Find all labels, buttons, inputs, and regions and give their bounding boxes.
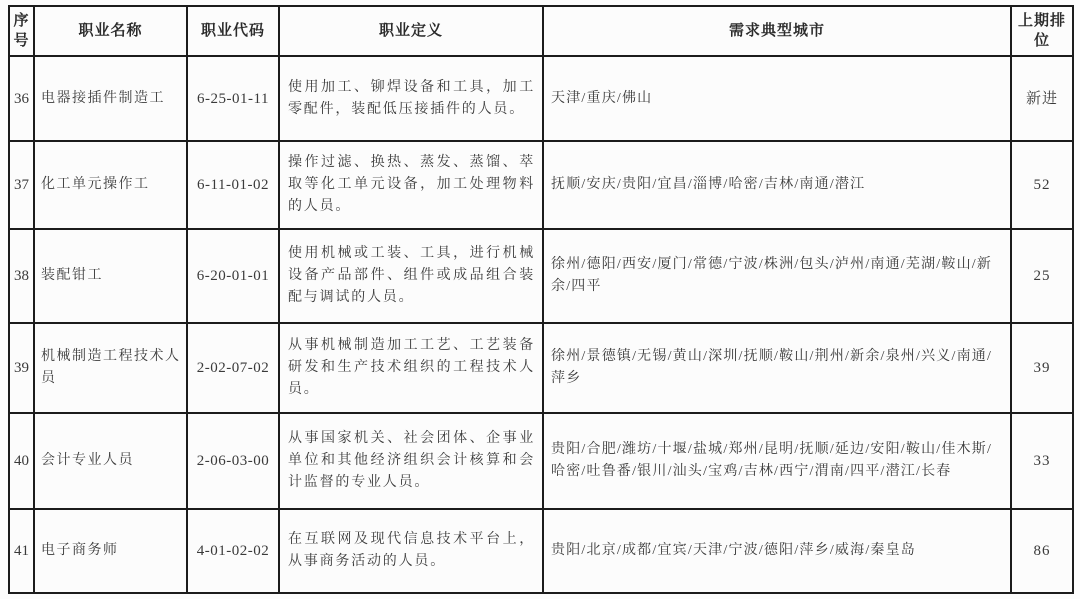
cell-previous-rank: 新进 bbox=[1011, 56, 1073, 141]
cell-occupation-code: 6-25-01-11 bbox=[187, 56, 279, 141]
cell-occupation-definition: 使用加工、铆焊设备和工具，加工零配件，装配低压接插件的人员。 bbox=[279, 56, 543, 141]
occupation-ranking-table: 序号 职业名称 职业代码 职业定义 需求典型城市 上期排位 36 电器接插件制造… bbox=[8, 5, 1074, 594]
table-row: 40 会计专业人员 2-06-03-00 从事国家机关、社会团体、企事业单位和其… bbox=[9, 413, 1073, 509]
cell-demand-cities: 天津/重庆/佛山 bbox=[543, 56, 1011, 141]
cell-occupation-definition: 使用机械或工装、工具，进行机械设备产品部件、组件或成品组合装配与调试的人员。 bbox=[279, 229, 543, 323]
header-row: 序号 职业名称 职业代码 职业定义 需求典型城市 上期排位 bbox=[9, 6, 1073, 56]
cell-demand-cities: 抚顺/安庆/贵阳/宜昌/淄博/哈密/吉林/南通/潜江 bbox=[543, 141, 1011, 229]
col-header-serial-no: 序号 bbox=[9, 6, 34, 56]
cell-occupation-code: 2-06-03-00 bbox=[187, 413, 279, 509]
cell-occupation-name: 装配钳工 bbox=[34, 229, 187, 323]
cell-previous-rank: 39 bbox=[1011, 323, 1073, 413]
cell-occupation-name: 电器接插件制造工 bbox=[34, 56, 187, 141]
col-header-previous-rank: 上期排位 bbox=[1011, 6, 1073, 56]
cell-occupation-code: 6-11-01-02 bbox=[187, 141, 279, 229]
table-row: 36 电器接插件制造工 6-25-01-11 使用加工、铆焊设备和工具，加工零配… bbox=[9, 56, 1073, 141]
cell-previous-rank: 25 bbox=[1011, 229, 1073, 323]
cell-serial-no: 40 bbox=[9, 413, 34, 509]
cell-previous-rank: 86 bbox=[1011, 509, 1073, 593]
cell-occupation-code: 4-01-02-02 bbox=[187, 509, 279, 593]
cell-occupation-name: 电子商务师 bbox=[34, 509, 187, 593]
table-row: 38 装配钳工 6-20-01-01 使用机械或工装、工具，进行机械设备产品部件… bbox=[9, 229, 1073, 323]
cell-demand-cities: 贵阳/北京/成都/宜宾/天津/宁波/德阳/萍乡/威海/秦皇岛 bbox=[543, 509, 1011, 593]
cell-occupation-name: 机械制造工程技术人员 bbox=[34, 323, 187, 413]
col-header-occupation-name: 职业名称 bbox=[34, 6, 187, 56]
cell-occupation-name: 会计专业人员 bbox=[34, 413, 187, 509]
table-row: 41 电子商务师 4-01-02-02 在互联网及现代信息技术平台上，从事商务活… bbox=[9, 509, 1073, 593]
document-page: 序号 职业名称 职业代码 职业定义 需求典型城市 上期排位 36 电器接插件制造… bbox=[0, 0, 1080, 599]
col-header-occupation-definition: 职业定义 bbox=[279, 6, 543, 56]
cell-serial-no: 37 bbox=[9, 141, 34, 229]
cell-occupation-definition: 操作过滤、换热、蒸发、蒸馏、萃取等化工单元设备，加工处理物料的人员。 bbox=[279, 141, 543, 229]
cell-occupation-name: 化工单元操作工 bbox=[34, 141, 187, 229]
table-row: 39 机械制造工程技术人员 2-02-07-02 从事机械制造加工工艺、工艺装备… bbox=[9, 323, 1073, 413]
cell-occupation-definition: 从事国家机关、社会团体、企事业单位和其他经济组织会计核算和会计监督的专业人员。 bbox=[279, 413, 543, 509]
cell-demand-cities: 徐州/景德镇/无锡/黄山/深圳/抚顺/鞍山/荆州/新余/泉州/兴义/南通/萍乡 bbox=[543, 323, 1011, 413]
cell-occupation-code: 6-20-01-01 bbox=[187, 229, 279, 323]
table-row: 37 化工单元操作工 6-11-01-02 操作过滤、换热、蒸发、蒸馏、萃取等化… bbox=[9, 141, 1073, 229]
cell-serial-no: 36 bbox=[9, 56, 34, 141]
cell-demand-cities: 贵阳/合肥/潍坊/十堰/盐城/郑州/昆明/抚顺/延边/安阳/鞍山/佳木斯/哈密/… bbox=[543, 413, 1011, 509]
cell-occupation-definition: 在互联网及现代信息技术平台上，从事商务活动的人员。 bbox=[279, 509, 543, 593]
cell-serial-no: 39 bbox=[9, 323, 34, 413]
cell-previous-rank: 52 bbox=[1011, 141, 1073, 229]
col-header-occupation-code: 职业代码 bbox=[187, 6, 279, 56]
cell-serial-no: 41 bbox=[9, 509, 34, 593]
col-header-demand-cities: 需求典型城市 bbox=[543, 6, 1011, 56]
cell-serial-no: 38 bbox=[9, 229, 34, 323]
cell-previous-rank: 33 bbox=[1011, 413, 1073, 509]
cell-occupation-code: 2-02-07-02 bbox=[187, 323, 279, 413]
cell-demand-cities: 徐州/德阳/西安/厦门/常德/宁波/株洲/包头/泸州/南通/芜湖/鞍山/新余/四… bbox=[543, 229, 1011, 323]
cell-occupation-definition: 从事机械制造加工工艺、工艺装备研发和生产技术组织的工程技术人员。 bbox=[279, 323, 543, 413]
